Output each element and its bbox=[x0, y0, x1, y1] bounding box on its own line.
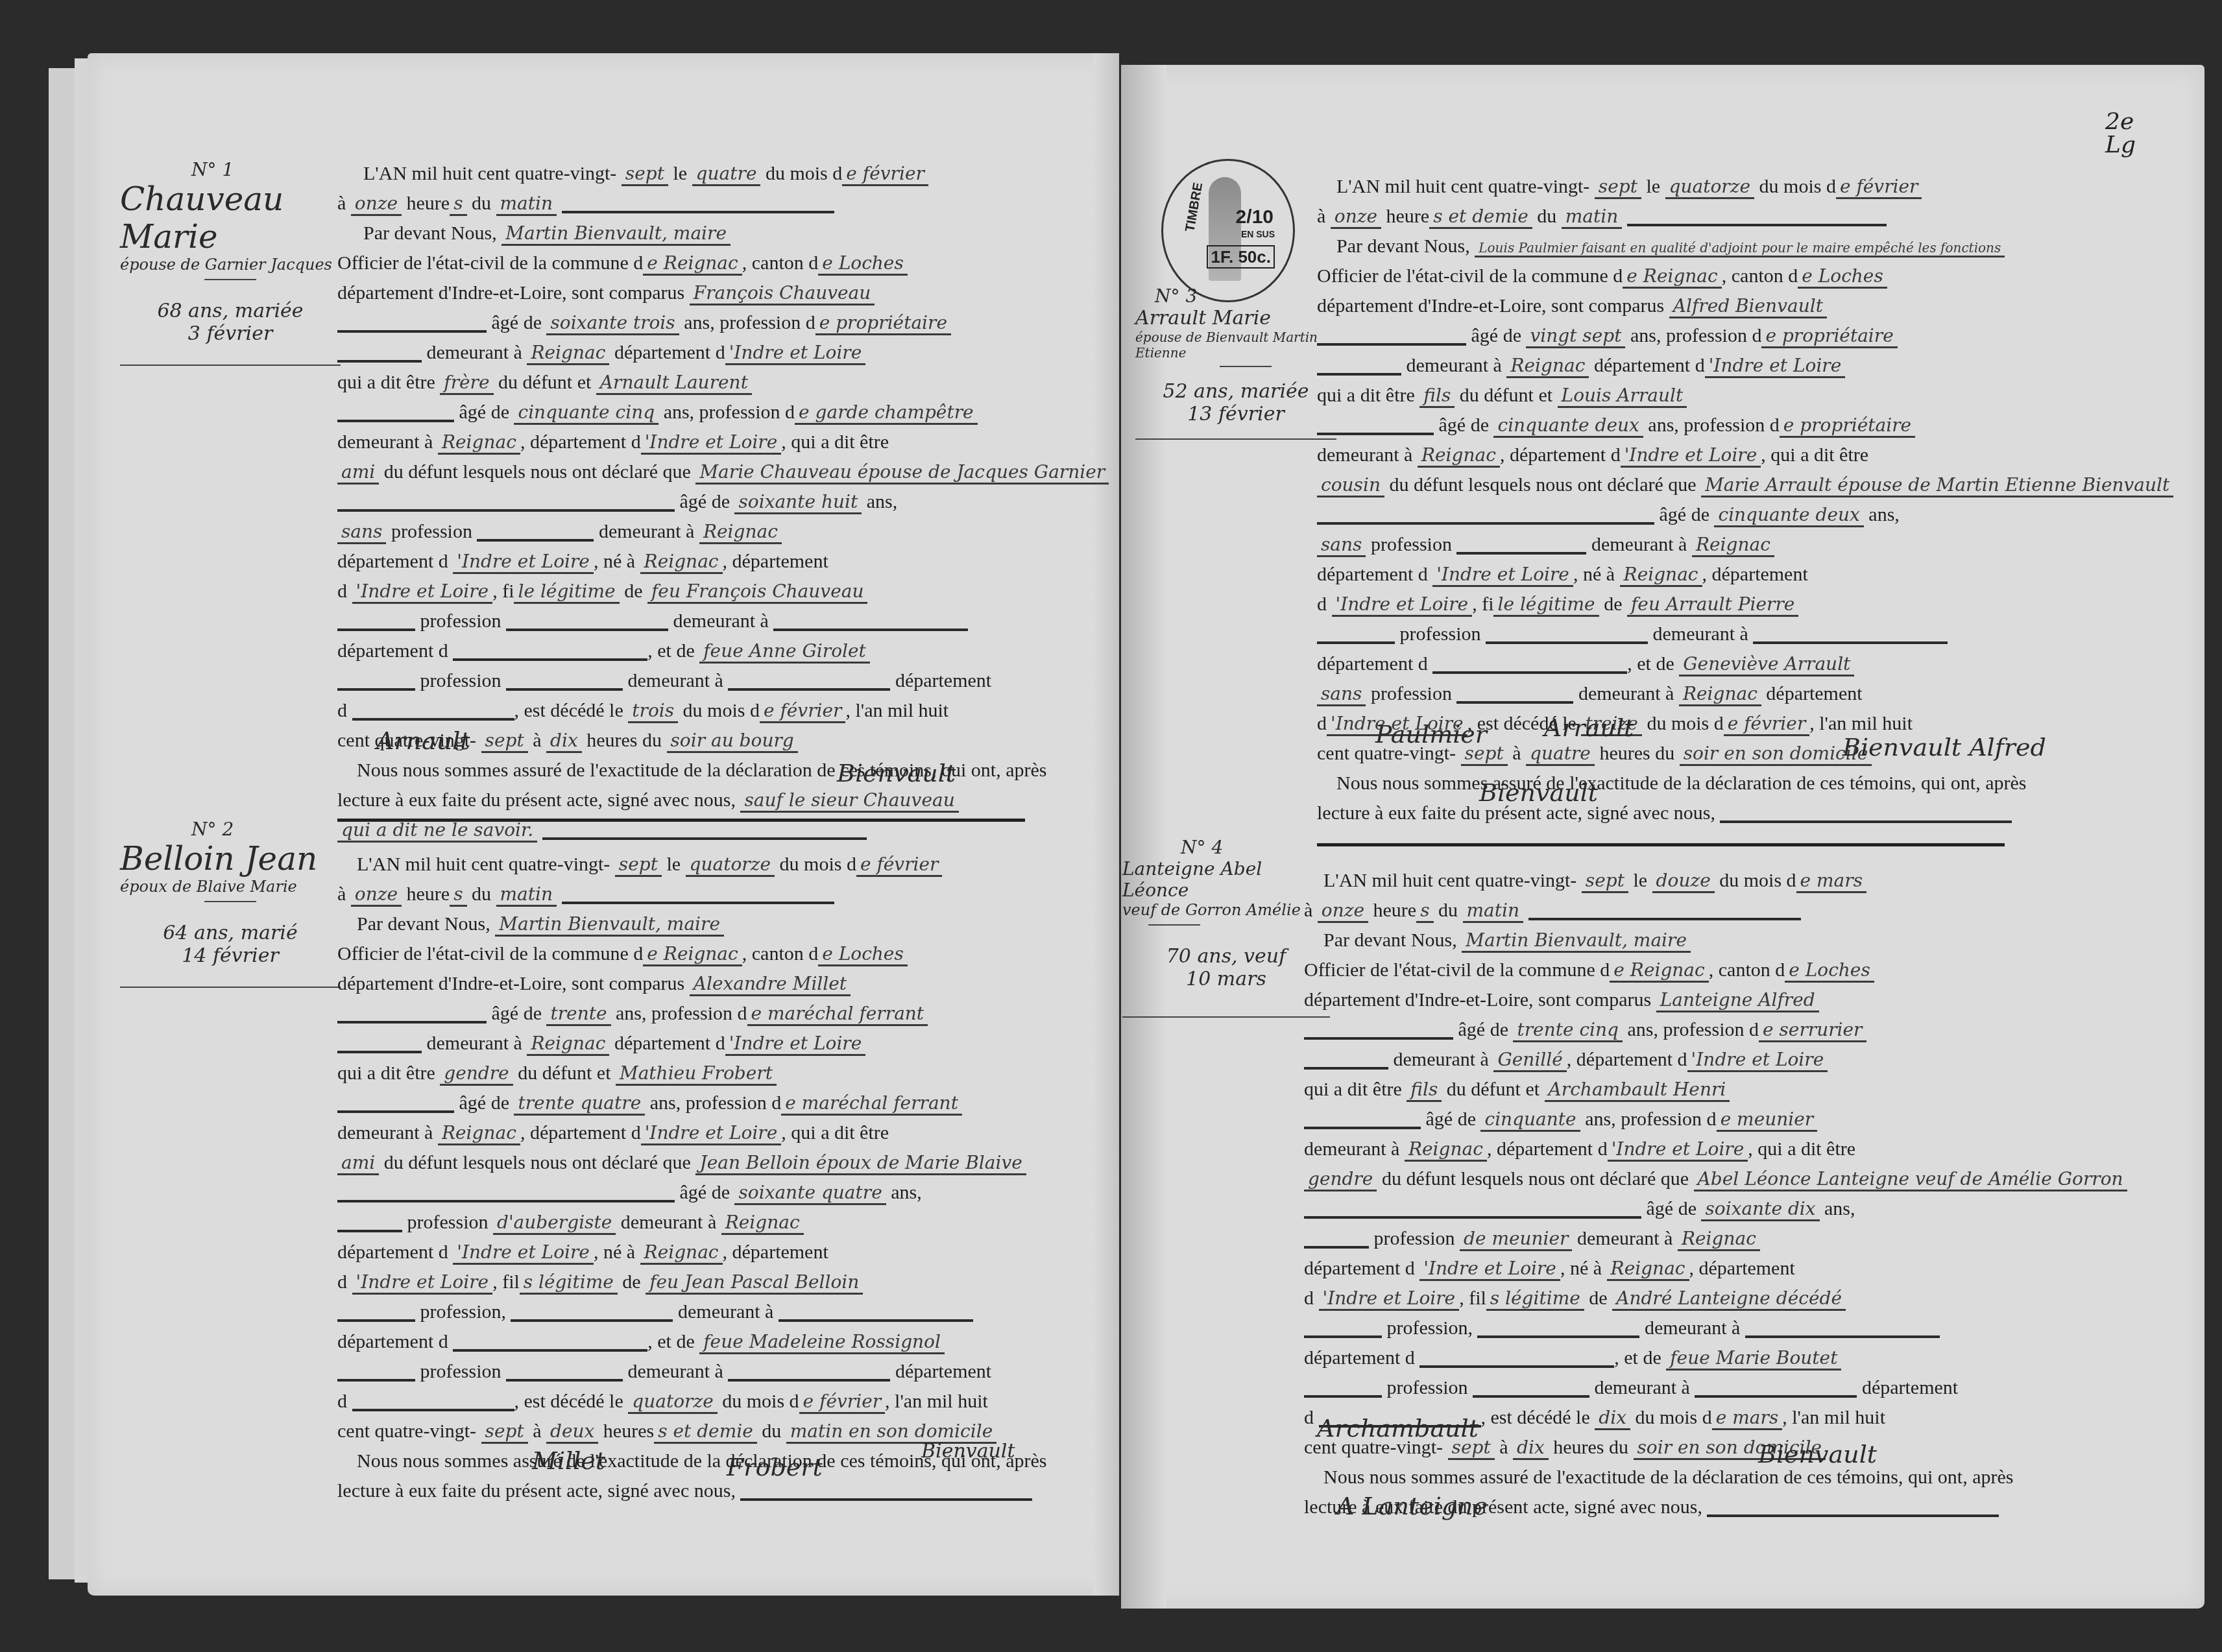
act-separator bbox=[1317, 843, 2005, 846]
act-separator bbox=[337, 819, 1025, 822]
signatures-act-3: Paulmier Arrault Bienvault Alfred Bienva… bbox=[1362, 713, 2141, 830]
folio-number: 2e Lg bbox=[2105, 110, 2136, 157]
tax-stamp: TIMBRE 2/10 EN SUS 1F. 50c. bbox=[1161, 159, 1295, 302]
signatures-act-4: Archambault Bienvault A Lanteigne bbox=[1317, 1407, 2095, 1576]
act-margin-3: N° 3 Arrault Marie épouse de Bienvault M… bbox=[1135, 311, 1336, 440]
signatures-act-1: Arnault Bienvault bbox=[363, 720, 1077, 798]
gutter-shadow bbox=[1093, 53, 1119, 1596]
act-margin-2: N° 2 Belloin Jean époux de Blaive Marie … bbox=[120, 819, 341, 988]
act-margin-1: N° 1 Chauveau Marie épouse de Garnier Ja… bbox=[120, 159, 341, 366]
signatures-act-2: Millet Frobert Bienvault bbox=[519, 1440, 1103, 1518]
act-2: L'AN mil huit cent quatre-vingt- sept le… bbox=[337, 850, 1051, 1506]
act-margin-4: N° 4 Lanteigne Abel Léonce veuf de Gorro… bbox=[1122, 837, 1330, 1018]
